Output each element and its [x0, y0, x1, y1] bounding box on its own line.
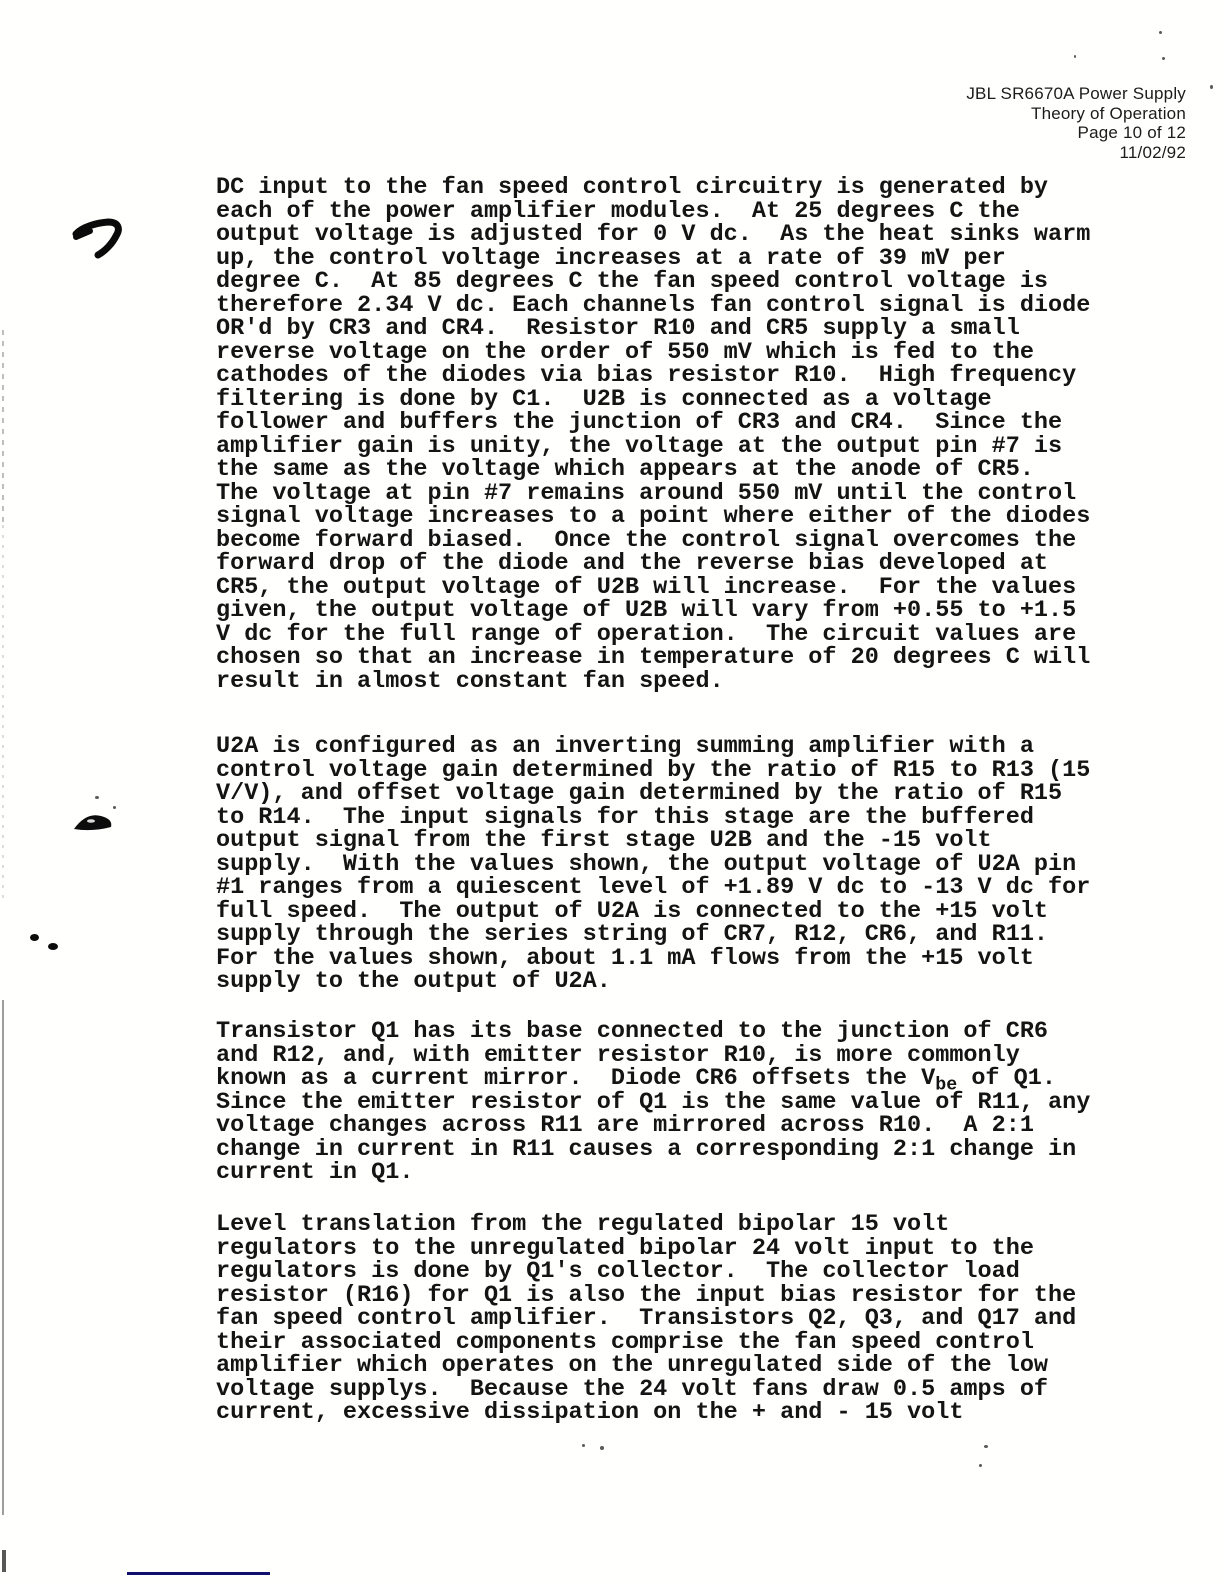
text-line: The voltage at pin #7 remains around 550…	[216, 482, 1090, 506]
header-title: JBL SR6670A Power Supply	[966, 84, 1186, 104]
text-line: cathodes of the diodes via bias resistor…	[216, 364, 1090, 388]
text-line: supply to the output of U2A.	[216, 970, 1090, 994]
text-line: DC input to the fan speed control circui…	[216, 176, 1090, 200]
text-line: Since the emitter resistor of Q1 is the …	[216, 1091, 1090, 1115]
scan-edge-artifact	[2, 1000, 4, 1515]
body-paragraph-2: U2A is configured as an inverting summin…	[216, 735, 1090, 994]
text-line: reverse voltage on the order of 550 mV w…	[216, 341, 1090, 365]
scan-speck	[1074, 55, 1076, 58]
page-header: JBL SR6670A Power Supply Theory of Opera…	[966, 84, 1186, 162]
scan-edge-artifact	[2, 1550, 6, 1572]
text-line: their associated components comprise the…	[216, 1331, 1076, 1355]
text-line: current in Q1.	[216, 1161, 1090, 1185]
text-line: amplifier which operates on the unregula…	[216, 1354, 1076, 1378]
header-page-number: Page 10 of 12	[966, 123, 1186, 143]
text-line: control voltage gain determined by the r…	[216, 759, 1090, 783]
text-line: and R12, and, with emitter resistor R10,…	[216, 1044, 1090, 1068]
text-line: U2A is configured as an inverting summin…	[216, 735, 1090, 759]
text-line: degree C. At 85 degrees C the fan speed …	[216, 270, 1090, 294]
text-line: filtering is done by C1. U2B is connecte…	[216, 388, 1090, 412]
text-line: follower and buffers the junction of CR3…	[216, 411, 1090, 435]
text-line: current, excessive dissipation on the + …	[216, 1401, 1076, 1425]
text-line: regulators to the unregulated bipolar 24…	[216, 1237, 1076, 1261]
text-line: voltage supplys. Because the 24 volt fan…	[216, 1378, 1076, 1402]
header-subtitle: Theory of Operation	[966, 104, 1186, 124]
header-date: 11/02/92	[966, 143, 1186, 163]
text-line: voltage changes across R11 are mirrored …	[216, 1114, 1090, 1138]
scan-speck	[582, 1444, 585, 1447]
text-line: Transistor Q1 has its base connected to …	[216, 1020, 1090, 1044]
text-line: CR5, the output voltage of U2B will incr…	[216, 576, 1090, 600]
text-line: resistor (R16) for Q1 is also the input …	[216, 1284, 1076, 1308]
text-line: each of the power amplifier modules. At …	[216, 200, 1090, 224]
ink-speck	[95, 796, 99, 799]
text-line: chosen so that an increase in temperatur…	[216, 646, 1090, 670]
text-line: output voltage is adjusted for 0 V dc. A…	[216, 223, 1090, 247]
text-line: V/V), and offset voltage gain determined…	[216, 782, 1090, 806]
text-line: V dc for the full range of operation. Th…	[216, 623, 1090, 647]
text-line: regulators is done by Q1's collector. Th…	[216, 1260, 1076, 1284]
text-line: supply through the series string of CR7,…	[216, 923, 1090, 947]
footer-rule	[127, 1572, 270, 1575]
text-line: Level translation from the regulated bip…	[216, 1213, 1076, 1237]
scan-speck	[979, 1464, 982, 1467]
ink-dot	[48, 943, 58, 950]
text-line: therefore 2.34 V dc. Each channels fan c…	[216, 294, 1090, 318]
text-line: supply. With the values shown, the outpu…	[216, 853, 1090, 877]
body-paragraph-4: Level translation from the regulated bip…	[216, 1213, 1076, 1425]
text-line: fan speed control amplifier. Transistors…	[216, 1307, 1076, 1331]
text-line: For the values shown, about 1.1 mA flows…	[216, 947, 1090, 971]
document-page: JBL SR6670A Power Supply Theory of Opera…	[0, 0, 1224, 1584]
body-paragraph-3: Transistor Q1 has its base connected to …	[216, 1020, 1090, 1185]
scan-speck	[1210, 85, 1213, 89]
text-line: the same as the voltage which appears at…	[216, 458, 1090, 482]
pen-hook-mark	[70, 210, 130, 260]
text-line: change in current in R11 causes a corres…	[216, 1138, 1090, 1162]
scan-speck	[600, 1446, 604, 1450]
text-line: full speed. The output of U2A is connect…	[216, 900, 1090, 924]
text-line: output signal from the first stage U2B a…	[216, 829, 1090, 853]
text-line: amplifier gain is unity, the voltage at …	[216, 435, 1090, 459]
scan-speck	[1159, 31, 1162, 34]
scan-speck	[1162, 57, 1165, 60]
ink-speck	[113, 806, 116, 809]
scan-edge-artifact	[2, 330, 4, 525]
text-line: forward drop of the diode and the revers…	[216, 552, 1090, 576]
text-line: to R14. The input signals for this stage…	[216, 806, 1090, 830]
ink-smudge-mark	[70, 808, 122, 836]
body-paragraph-1: DC input to the fan speed control circui…	[216, 176, 1090, 693]
text-line: result in almost constant fan speed.	[216, 670, 1090, 694]
scan-speck	[984, 1445, 988, 1448]
ink-dot	[30, 934, 39, 941]
scan-edge-artifact	[2, 525, 4, 905]
text-line: up, the control voltage increases at a r…	[216, 247, 1090, 271]
text-line: signal voltage increases to a point wher…	[216, 505, 1090, 529]
text-line: known as a current mirror. Diode CR6 off…	[216, 1067, 1090, 1091]
text-line: become forward biased. Once the control …	[216, 529, 1090, 553]
text-line: #1 ranges from a quiescent level of +1.8…	[216, 876, 1090, 900]
text-line: given, the output voltage of U2B will va…	[216, 599, 1090, 623]
text-line: OR'd by CR3 and CR4. Resistor R10 and CR…	[216, 317, 1090, 341]
